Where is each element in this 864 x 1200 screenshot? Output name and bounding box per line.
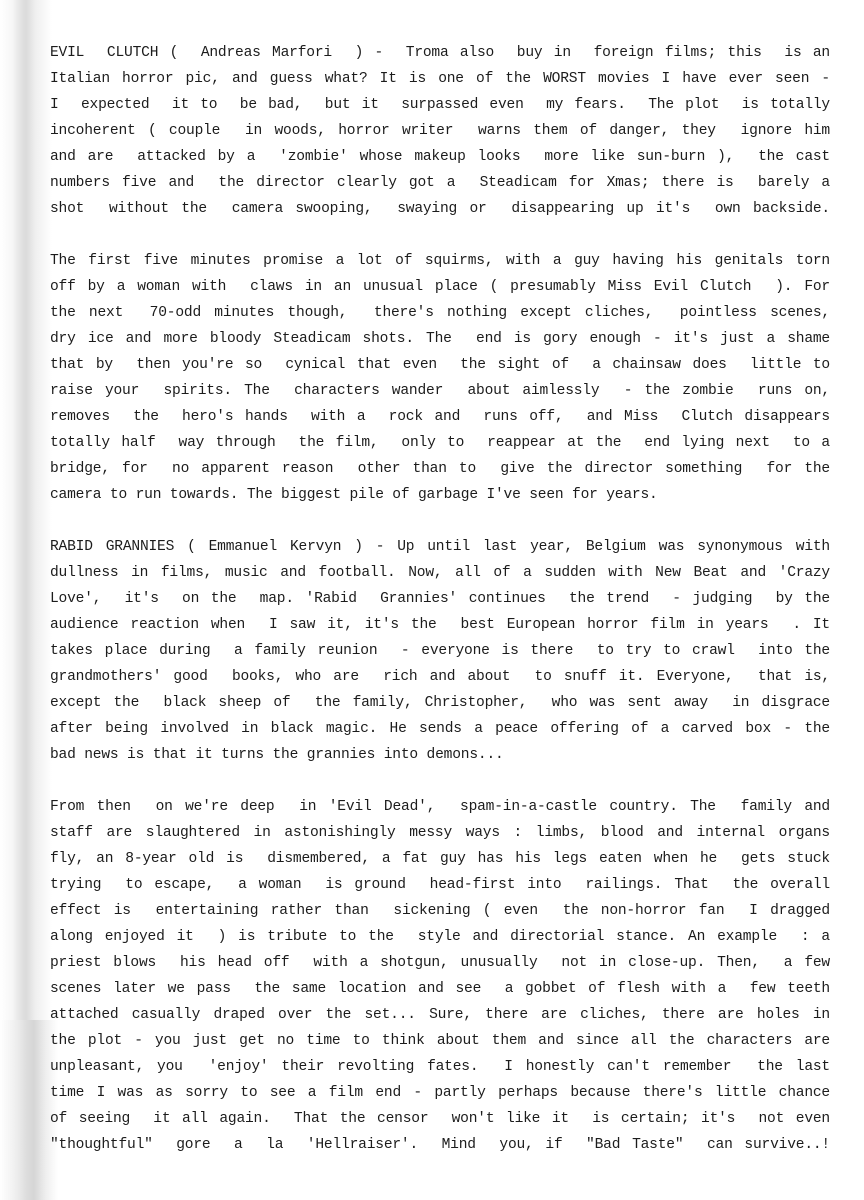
text-line: I expected it to be bad, but it surpasse… — [50, 92, 830, 118]
text-line: "thoughtful" gore a la 'Hellraiser'. Min… — [50, 1132, 830, 1158]
text-line: except the black sheep of the family, Ch… — [50, 690, 830, 716]
text-line: staff are slaughtered in astonishingly m… — [50, 820, 830, 846]
text-line: attached casually draped over the set...… — [50, 1002, 830, 1028]
text-line: bad news is that it turns the grannies i… — [50, 742, 830, 768]
text-line: and are attacked by a 'zombie' whose mak… — [50, 144, 830, 170]
text-line: effect is entertaining rather than sicke… — [50, 898, 830, 924]
text-line: grandmothers' good books, who are rich a… — [50, 664, 830, 690]
text-line: audience reaction when I saw it, it's th… — [50, 612, 830, 638]
text-line: fly, an 8-year old is dismembered, a fat… — [50, 846, 830, 872]
text-line: takes place during a family reunion - ev… — [50, 638, 830, 664]
text-line: totally half way through the film, only … — [50, 430, 830, 456]
text-line: removes the hero's hands with a rock and… — [50, 404, 830, 430]
text-line: bridge, for no apparent reason other tha… — [50, 456, 830, 482]
text-line: EVIL CLUTCH ( Andreas Marfori ) - Troma … — [50, 40, 830, 66]
text-line: along enjoyed it ) is tribute to the sty… — [50, 924, 830, 950]
text-line: that by then you're so cynical that even… — [50, 352, 830, 378]
text-line: Love', it's on the map. 'Rabid Grannies'… — [50, 586, 830, 612]
text-line: dry ice and more bloody Steadicam shots.… — [50, 326, 830, 352]
text-line: unpleasant, you 'enjoy' their revolting … — [50, 1054, 830, 1080]
text-line: shot without the camera swooping, swayin… — [50, 196, 830, 222]
review-rabid-grannies-paragraph-1: RABID GRANNIES ( Emmanuel Kervyn ) - Up … — [50, 534, 830, 768]
text-line: scenes later we pass the same location a… — [50, 976, 830, 1002]
text-line: numbers five and the director clearly go… — [50, 170, 830, 196]
text-line: the plot - you just get no time to think… — [50, 1028, 830, 1054]
text-line: trying to escape, a woman is ground head… — [50, 872, 830, 898]
text-line: of seeing it all again. That the censor … — [50, 1106, 830, 1132]
review-evil-clutch-paragraph-2: The first five minutes promise a lot of … — [50, 248, 830, 508]
text-line: The first five minutes promise a lot of … — [50, 248, 830, 274]
text-line: incoherent ( couple in woods, horror wri… — [50, 118, 830, 144]
review-rabid-grannies-paragraph-2: From then on we're deep in 'Evil Dead', … — [50, 794, 830, 1158]
text-line: the next 70-odd minutes though, there's … — [50, 300, 830, 326]
text-line: dullness in films, music and football. N… — [50, 560, 830, 586]
text-line: From then on we're deep in 'Evil Dead', … — [50, 794, 830, 820]
text-line: camera to run towards. The biggest pile … — [50, 482, 830, 508]
text-line: time I was as sorry to see a film end - … — [50, 1080, 830, 1106]
review-evil-clutch-paragraph-1: EVIL CLUTCH ( Andreas Marfori ) - Troma … — [50, 40, 830, 222]
review-article: EVIL CLUTCH ( Andreas Marfori ) - Troma … — [50, 40, 830, 1184]
text-line: RABID GRANNIES ( Emmanuel Kervyn ) - Up … — [50, 534, 830, 560]
text-line: priest blows his head off with a shotgun… — [50, 950, 830, 976]
text-line: raise your spirits. The characters wande… — [50, 378, 830, 404]
text-line: after being involved in black magic. He … — [50, 716, 830, 742]
text-line: off by a woman with claws in an unusual … — [50, 274, 830, 300]
text-line: Italian horror pic, and guess what? It i… — [50, 66, 830, 92]
